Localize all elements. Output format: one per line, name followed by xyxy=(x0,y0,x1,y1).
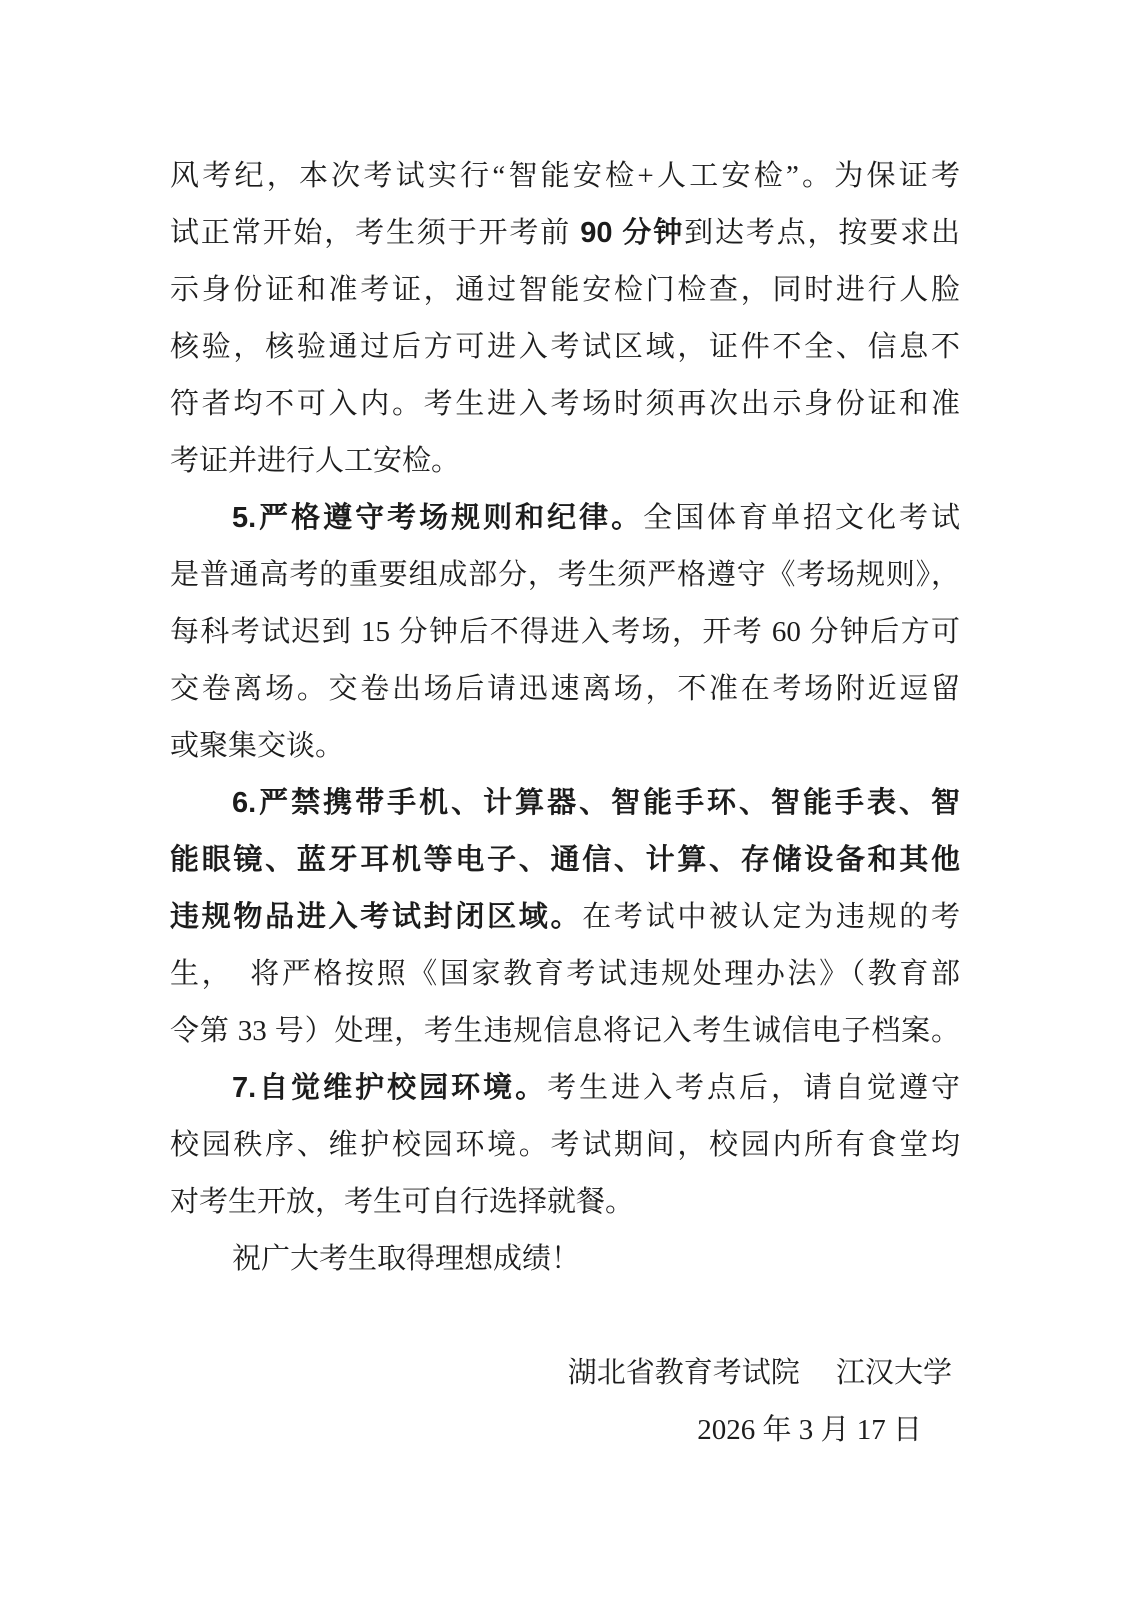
text-line: 风考纪，本次考试实行“智能安检+人工安检”。为保证考 xyxy=(170,148,960,205)
text-segment: 全国体育单招文化考试 xyxy=(643,502,960,534)
text-segment: 对考生开放，考生可自行选择就餐。 xyxy=(170,1186,634,1218)
text-segment: 风考纪，本次考试实行“智能安检+人工安检”。为保证考 xyxy=(170,160,960,192)
text-line: 5.严格遵守考场规则和纪律。全国体育单招文化考试 xyxy=(170,490,960,547)
text-line: 符者均不可入内。考生进入考场时须再次出示身份证和准 xyxy=(170,376,960,433)
text-segment-bold: 7.自觉维护校园环境。 xyxy=(232,1072,547,1104)
text-line: 违规物品进入考试封闭区域。在考试中被认定为违规的考 xyxy=(170,889,960,946)
document-body-lines: 风考纪，本次考试实行“智能安检+人工安检”。为保证考试正常开始，考生须于开考前 … xyxy=(170,148,960,1288)
text-segment: 祝广大考生取得理想成绩！ xyxy=(232,1243,580,1275)
text-line: 生， 将严格按照《国家教育考试违规处理办法》（教育部 xyxy=(170,946,960,1003)
text-segment: 生， 将严格按照《国家教育考试违规处理办法》（教育部 xyxy=(170,958,960,990)
text-segment-bold: 90 分钟 xyxy=(580,217,684,249)
text-segment: 校园秩序、维护校园环境。考试期间，校园内所有食堂均 xyxy=(170,1129,960,1161)
text-segment: 是普通高考的重要组成部分，考生须严格遵守《考场规则》， xyxy=(170,559,960,591)
text-segment: 交卷离场。交卷出场后请迅速离场，不准在考场附近逗留 xyxy=(170,673,960,705)
text-line: 校园秩序、维护校园环境。考试期间，校园内所有食堂均 xyxy=(170,1117,960,1174)
text-line: 令第 33 号）处理，考生违规信息将记入考生诚信电子档案。 xyxy=(170,1003,960,1060)
text-line: 交卷离场。交卷出场后请迅速离场，不准在考场附近逗留 xyxy=(170,661,960,718)
text-line: 能眼镜、蓝牙耳机等电子、通信、计算、存储设备和其他 xyxy=(170,832,960,889)
text-line: 是普通高考的重要组成部分，考生须严格遵守《考场规则》， xyxy=(170,547,960,604)
text-segment: 在考试中被认定为违规的考 xyxy=(582,901,960,933)
text-segment-bold: 6.严禁携带手机、计算器、智能手环、智能手表、智 xyxy=(232,787,960,819)
text-segment: 符者均不可入内。考生进入考场时须再次出示身份证和准 xyxy=(170,388,960,420)
text-segment: 试正常开始，考生须于开考前 xyxy=(170,217,580,249)
text-line: 7.自觉维护校园环境。考生进入考点后，请自觉遵守 xyxy=(170,1060,960,1117)
text-segment-bold: 违规物品进入考试封闭区域。 xyxy=(170,901,582,933)
text-segment: 每科考试迟到 15 分钟后不得进入考场，开考 60 分钟后方可 xyxy=(170,616,960,648)
text-line: 每科考试迟到 15 分钟后不得进入考场，开考 60 分钟后方可 xyxy=(170,604,960,661)
text-line: 示身份证和准考证，通过智能安检门检查，同时进行人脸 xyxy=(170,262,960,319)
text-line: 祝广大考生取得理想成绩！ xyxy=(170,1231,960,1288)
text-segment: 考证并进行人工安检。 xyxy=(170,445,460,477)
text-segment-bold: 能眼镜、蓝牙耳机等电子、通信、计算、存储设备和其他 xyxy=(170,844,960,876)
text-segment: 示身份证和准考证，通过智能安检门检查，同时进行人脸 xyxy=(170,274,960,306)
text-line: 考证并进行人工安检。 xyxy=(170,433,960,490)
text-line: 对考生开放，考生可自行选择就餐。 xyxy=(170,1174,960,1231)
text-segment-bold: 5.严格遵守考场规则和纪律。 xyxy=(232,502,643,534)
closing-signature: 湖北省教育考试院 江汉大学 xyxy=(170,1345,960,1402)
text-segment: 或聚集交谈。 xyxy=(170,730,344,762)
text-line: 试正常开始，考生须于开考前 90 分钟到达考点，按要求出 xyxy=(170,205,960,262)
text-segment: 考生进入考点后，请自觉遵守 xyxy=(547,1072,960,1104)
closing-date: 2026 年 3 月 17 日 xyxy=(170,1402,960,1459)
document-text-block: 风考纪，本次考试实行“智能安检+人工安检”。为保证考试正常开始，考生须于开考前 … xyxy=(170,148,960,1459)
text-segment: 核验，核验通过后方可进入考试区域，证件不全、信息不 xyxy=(170,331,960,363)
text-line: 核验，核验通过后方可进入考试区域，证件不全、信息不 xyxy=(170,319,960,376)
document-page: 风考纪，本次考试实行“智能安检+人工安检”。为保证考试正常开始，考生须于开考前 … xyxy=(0,0,1131,1600)
blank-line xyxy=(170,1288,960,1345)
text-segment: 到达考点，按要求出 xyxy=(684,217,960,249)
text-line: 或聚集交谈。 xyxy=(170,718,960,775)
text-line: 6.严禁携带手机、计算器、智能手环、智能手表、智 xyxy=(170,775,960,832)
text-segment: 令第 33 号）处理，考生违规信息将记入考生诚信电子档案。 xyxy=(170,1015,960,1047)
